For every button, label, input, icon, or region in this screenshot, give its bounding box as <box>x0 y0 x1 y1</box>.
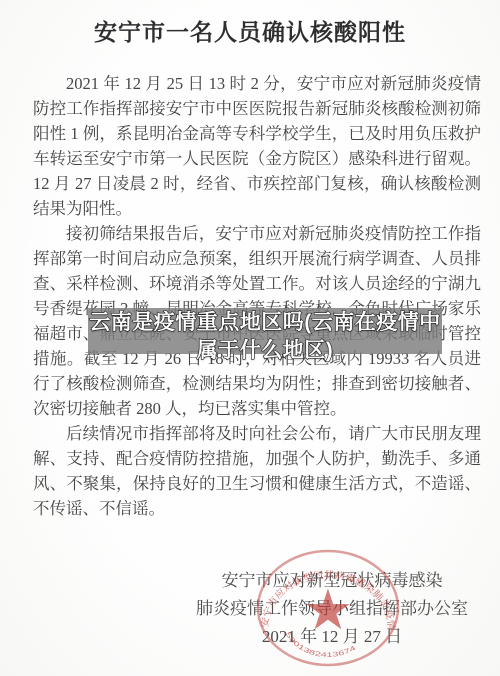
watermark-title-line1: 云南是疫情重点地区吗(云南在疫情中 <box>88 309 442 337</box>
signature-block: 安宁市应对新型冠状病毒感染 肺炎疫情工作领导小组指挥部办公室 2021 年 12… <box>182 567 482 651</box>
signature-date: 2021 年 12 月 27 日 <box>182 623 482 651</box>
notice-title: 安宁市一名人员确认核酸阳性 <box>0 0 500 49</box>
notice-body: 2021 年 12 月 25 日 13 时 2 分，安宁市应对新冠肺炎疫情防控工… <box>33 71 481 521</box>
watermark-title: 云南是疫情重点地区吗(云南在疫情中 属于什么地区) <box>88 309 442 365</box>
notice-page: 安宁市一名人员确认核酸阳性 2021 年 12 月 25 日 13 时 2 分，… <box>0 0 500 676</box>
watermark-title-line2: 属于什么地区) <box>88 337 442 365</box>
paragraph-3: 后续情况市指挥部将及时向社会公布，请广大市民朋友理解、支持、配合疫情防控措施，加… <box>33 421 481 521</box>
signature-org-line2: 肺炎疫情工作领导小组指挥部办公室 <box>182 595 482 623</box>
paragraph-1: 2021 年 12 月 25 日 13 时 2 分，安宁市应对新冠肺炎疫情防控工… <box>33 71 481 221</box>
signature-org-line1: 安宁市应对新型冠状病毒感染 <box>182 567 482 595</box>
